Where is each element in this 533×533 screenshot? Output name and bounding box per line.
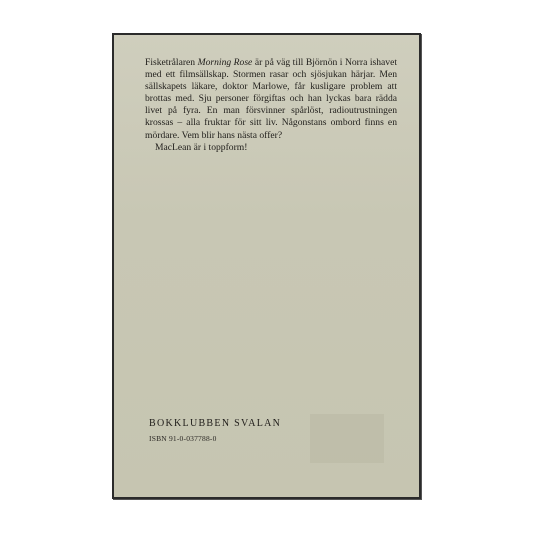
isbn: ISBN 91-0-037788-0	[149, 434, 217, 443]
ship-name: Morning Rose	[198, 57, 253, 68]
blurb-part1: Fisketrålaren	[145, 57, 198, 68]
book-back-cover: Fisketrålaren Morning Rose är på väg til…	[112, 33, 421, 499]
blurb-part2: är på väg till Björnön i Norra ishavet m…	[145, 57, 397, 141]
blurb-text: Fisketrålaren Morning Rose är på väg til…	[145, 57, 397, 154]
blurb-closing: MacLean är i toppform!	[145, 142, 397, 154]
price-sticker-residue	[310, 414, 384, 463]
publisher-name: BOKKLUBBEN SVALAN	[149, 418, 281, 429]
blurb-paragraph: Fisketrålaren Morning Rose är på väg til…	[145, 57, 397, 142]
